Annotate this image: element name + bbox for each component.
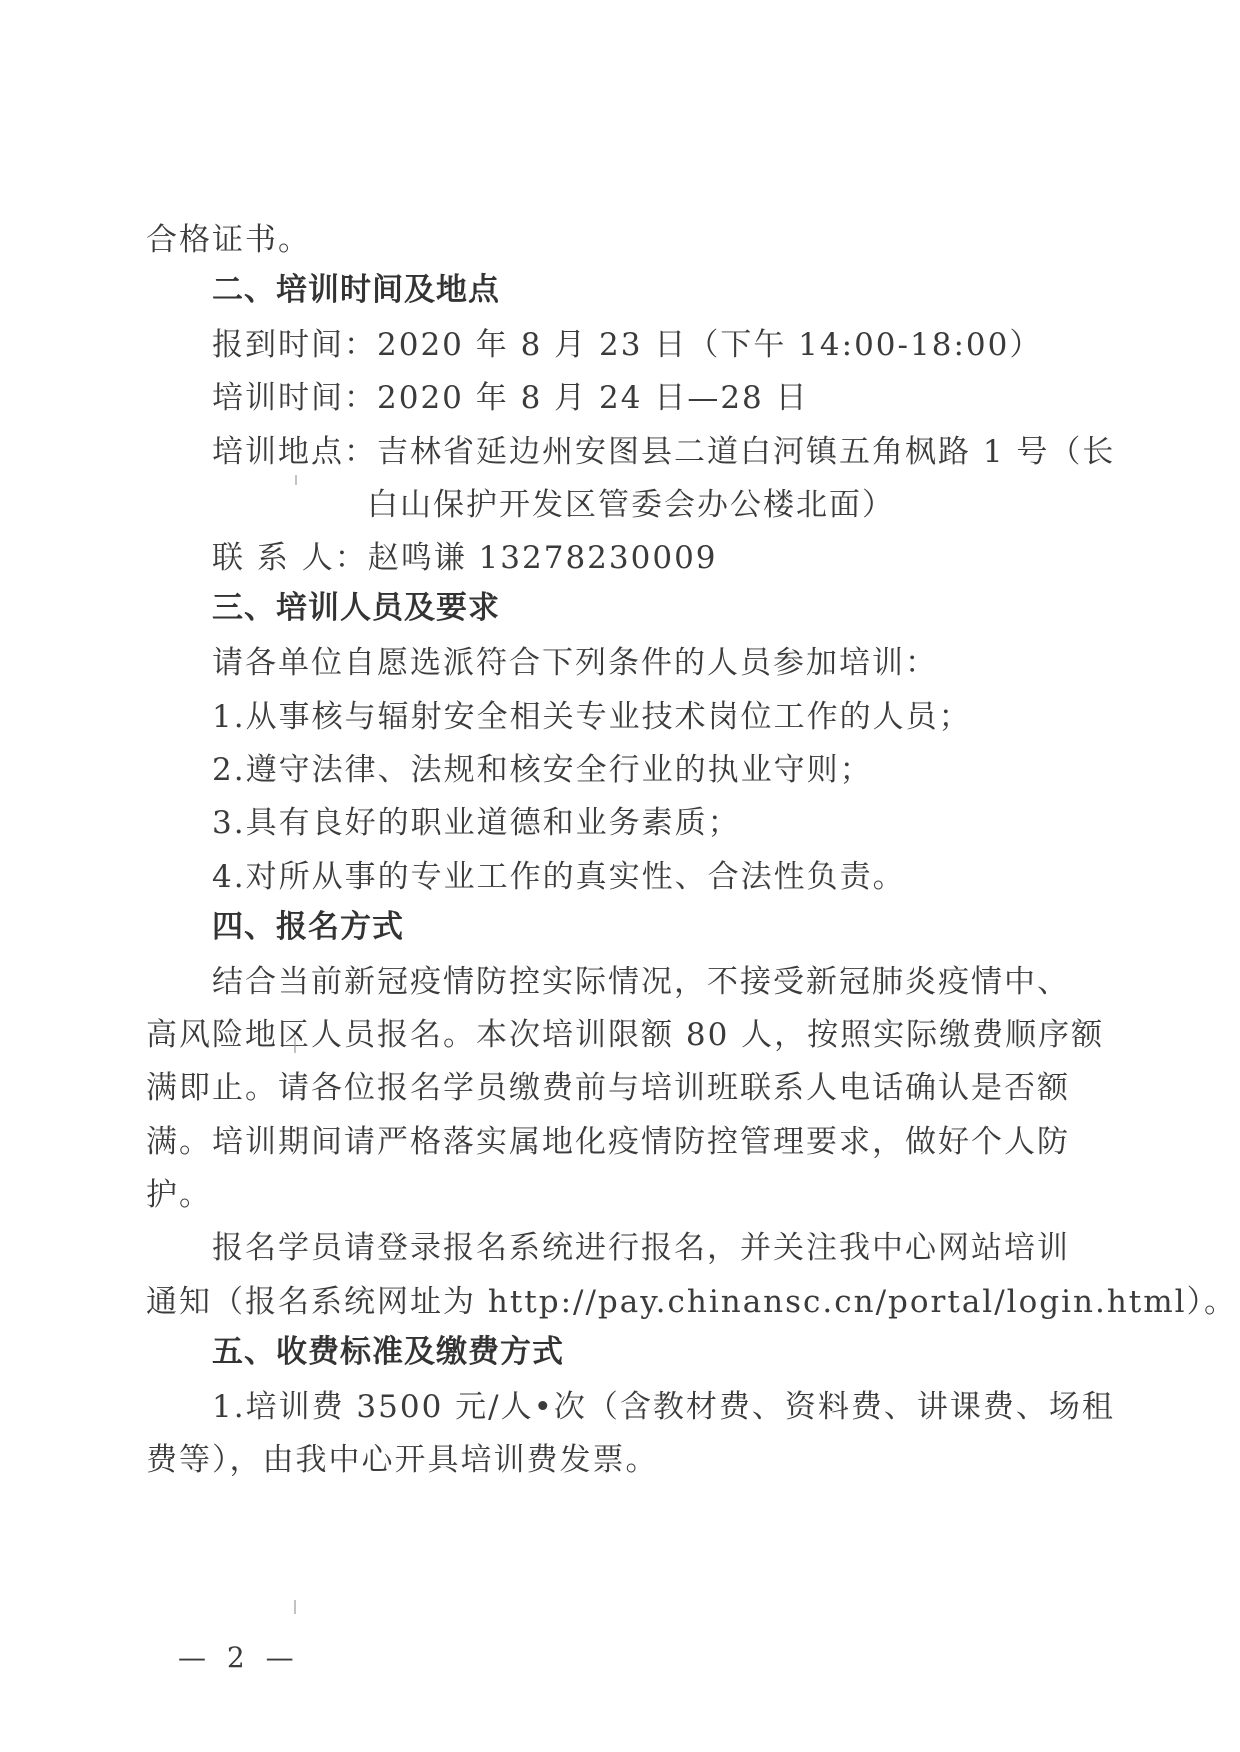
body-line-registration-2: 高风险地区人员报名。本次培训限额 80 人，按照实际缴费顺序额	[146, 1015, 1104, 1055]
list-item-requirement-4: 4.对所从事的专业工作的真实性、合法性负责。	[212, 857, 906, 897]
list-item-requirement-1: 1.从事核与辐射安全相关专业技术岗位工作的人员；	[212, 697, 972, 737]
body-line-registration-3: 满即止。请各位报名学员缴费前与培训班联系人电话确认是否额	[146, 1068, 1070, 1108]
document-page: 合格证书。 二、培训时间及地点 报到时间：2020 年 8 月 23 日（下午 …	[0, 0, 1240, 1752]
body-line-training-location: 培训地点：吉林省延边州安图县二道白河镇五角枫路 1 号（长	[212, 432, 1115, 472]
section-heading-fees: 五、收费标准及缴费方式	[212, 1332, 564, 1372]
body-line-fee-2: 费等），由我中心开具培训费发票。	[146, 1440, 659, 1480]
body-line-registration-1: 结合当前新冠疫情防控实际情况，不接受新冠肺炎疫情中、	[212, 962, 1070, 1002]
body-line-personnel-intro: 请各单位自愿选派符合下列条件的人员参加培训：	[212, 643, 938, 683]
body-line-registration-4: 满。培训期间请严格落实属地化疫情防控管理要求，做好个人防	[146, 1122, 1070, 1162]
list-item-requirement-2: 2.遵守法律、法规和核安全行业的执业守则；	[212, 750, 873, 790]
body-line-registration-url[interactable]: 通知（报名系统网址为 http://pay.chinansc.cn/portal…	[146, 1282, 1237, 1322]
body-line-certificate: 合格证书。	[146, 220, 311, 260]
body-line-checkin-time: 报到时间：2020 年 8 月 23 日（下午 14:00-18:00）	[212, 325, 1042, 365]
section-heading-personnel: 三、培训人员及要求	[212, 588, 500, 628]
body-line-registration-system: 报名学员请登录报名系统进行报名，并关注我中心网站培训	[212, 1228, 1070, 1268]
body-line-training-time: 培训时间：2020 年 8 月 24 日—28 日	[212, 378, 809, 418]
list-item-requirement-3: 3.具有良好的职业道德和业务素质；	[212, 803, 741, 843]
scan-artifact	[294, 1037, 296, 1053]
body-line-contact: 联 系 人：赵鸣谦 13278230009	[212, 538, 718, 578]
body-line-training-location-cont: 白山保护开发区管委会办公楼北面）	[367, 485, 895, 525]
body-line-registration-5: 护。	[146, 1175, 212, 1215]
page-number: — 2 —	[178, 1640, 300, 1676]
body-line-fee-1: 1.培训费 3500 元/人•次（含教材费、资料费、讲课费、场租	[212, 1387, 1115, 1427]
section-heading-time-location: 二、培训时间及地点	[212, 270, 500, 310]
scan-artifact	[294, 1600, 296, 1614]
section-heading-registration: 四、报名方式	[212, 907, 404, 947]
scan-artifact	[295, 475, 297, 485]
